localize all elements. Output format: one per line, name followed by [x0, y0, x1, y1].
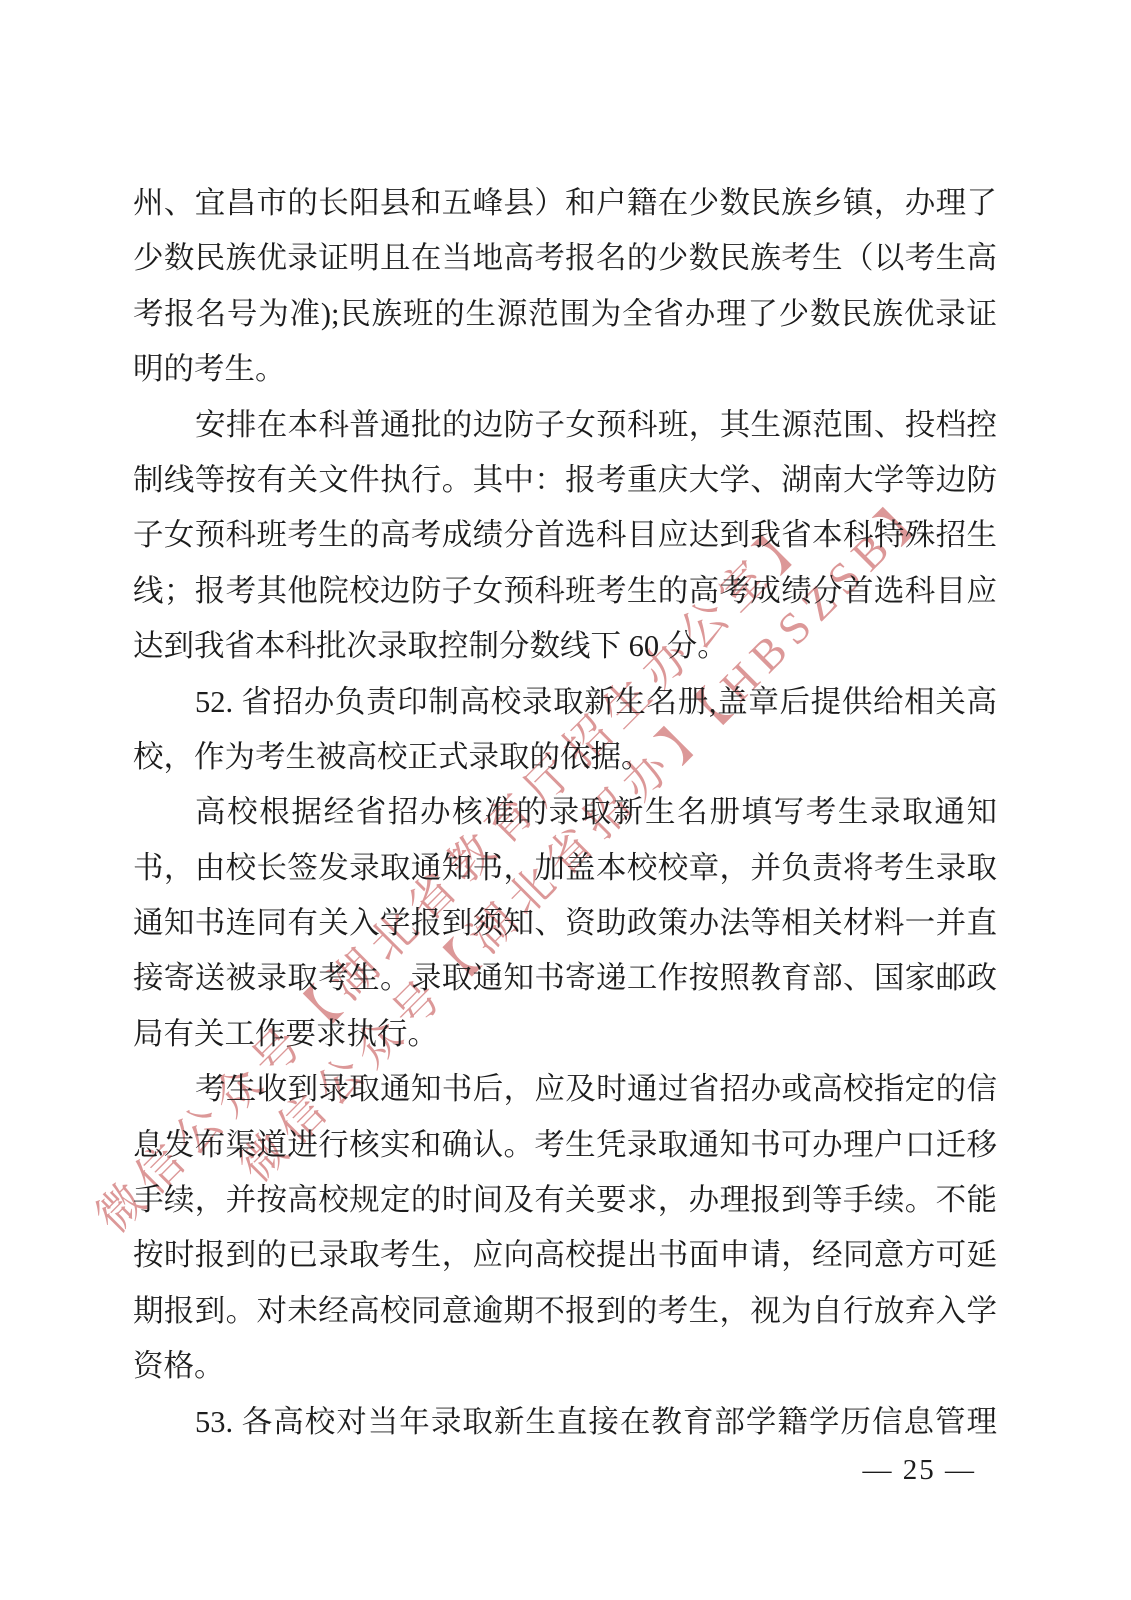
text-line-p5-l5: 期报到。对未经高校同意逾期不报到的考生，视为自行放弃入学 — [133, 1284, 997, 1339]
text-line-p5-l6: 资格。 — [133, 1339, 997, 1394]
text-line-p3-l1: 52. 省招办负责印制高校录取新生名册,盖章后提供给相关高 — [133, 675, 997, 730]
text-line-p6-l1: 53. 各高校对当年录取新生直接在教育部学籍学历信息管理 — [133, 1395, 997, 1450]
text-line-p2-l3: 子女预科班考生的高考成绩分首选科目应达到我省本科特殊招生 — [133, 508, 997, 563]
text-line-p1-l3: 考报名号为准);民族班的生源范围为全省办理了少数民族优录证 — [133, 287, 997, 342]
document-body: 州、宜昌市的长阳县和五峰县）和户籍在少数民族乡镇，办理了少数民族优录证明且在当地… — [133, 176, 997, 1450]
text-line-p2-l5: 达到我省本科批次录取控制分数线下 60 分。 — [133, 619, 997, 674]
page-number: — 25 — — [863, 1450, 977, 1490]
text-line-p3-l2: 校，作为考生被高校正式录取的依据。 — [133, 730, 997, 785]
text-line-p4-l4: 接寄送被录取考生。录取通知书寄递工作按照教育部、国家邮政 — [133, 951, 997, 1006]
text-line-p5-l4: 按时报到的已录取考生，应向高校提出书面申请，经同意方可延 — [133, 1228, 997, 1283]
text-line-p5-l1: 考生收到录取通知书后，应及时通过省招办或高校指定的信 — [133, 1062, 997, 1117]
text-line-p1-l4: 明的考生。 — [133, 342, 997, 397]
document-page: 微信公众号【湖北省教育厅招生办公室】 微信公众号【湖北省招办】【HBSZSB】 … — [0, 0, 1131, 1600]
text-line-p4-l3: 通知书连同有关入学报到须知、资助政策办法等相关材料一并直 — [133, 896, 997, 951]
text-line-p2-l2: 制线等按有关文件执行。其中：报考重庆大学、湖南大学等边防 — [133, 453, 997, 508]
text-line-p2-l4: 线；报考其他院校边防子女预科班考生的高考成绩分首选科目应 — [133, 564, 997, 619]
text-line-p4-l2: 书，由校长签发录取通知书，加盖本校校章，并负责将考生录取 — [133, 841, 997, 896]
text-line-p2-l1: 安排在本科普通批的边防子女预科班，其生源范围、投档控 — [133, 398, 997, 453]
text-line-p4-l1: 高校根据经省招办核准的录取新生名册填写考生录取通知 — [133, 785, 997, 840]
text-line-p5-l3: 手续，并按高校规定的时间及有关要求，办理报到等手续。不能 — [133, 1173, 997, 1228]
text-line-p5-l2: 息发布渠道进行核实和确认。考生凭录取通知书可办理户口迁移 — [133, 1118, 997, 1173]
text-line-p1-l1: 州、宜昌市的长阳县和五峰县）和户籍在少数民族乡镇，办理了 — [133, 176, 997, 231]
text-line-p4-l5: 局有关工作要求执行。 — [133, 1007, 997, 1062]
text-line-p1-l2: 少数民族优录证明且在当地高考报名的少数民族考生（以考生高 — [133, 231, 997, 286]
